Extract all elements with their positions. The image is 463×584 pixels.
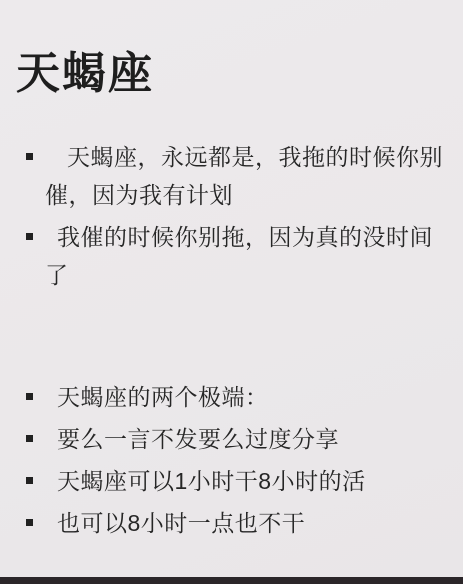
- page: 天蝎座 天蝎座，永远都是，我拖的时候你别催，因为我有计划 我催的时候你别拖，因为…: [0, 0, 463, 584]
- list-item-text: 我催的时候你别拖，因为真的没时间了: [45, 224, 433, 288]
- list-item: 也可以8小时一点也不干: [45, 504, 453, 542]
- bullet-square-icon: [26, 233, 33, 240]
- list-item: 要么一言不发要么过度分享: [45, 420, 453, 458]
- bullet-square-icon: [26, 519, 33, 526]
- list-item: 天蝎座可以1小时干8小时的活: [45, 462, 453, 500]
- list-item: 天蝎座，永远都是，我拖的时候你别催，因为我有计划: [45, 138, 453, 214]
- bottom-bar: [0, 577, 463, 584]
- list-item-text: 天蝎座的两个极端：: [57, 384, 269, 410]
- bullet-square-icon: [26, 435, 33, 442]
- bullet-square-icon: [26, 153, 33, 160]
- list-item: 我催的时候你别拖，因为真的没时间了: [45, 218, 453, 294]
- list-item-text: 要么一言不发要么过度分享: [57, 426, 339, 452]
- bullet-list: 天蝎座，永远都是，我拖的时候你别催，因为我有计划 我催的时候你别拖，因为真的没时…: [0, 138, 463, 542]
- bullet-square-icon: [26, 393, 33, 400]
- list-item-text: 天蝎座可以1小时干8小时的活: [57, 468, 366, 494]
- bullet-square-icon: [26, 477, 33, 484]
- list-item-text: 也可以8小时一点也不干: [57, 510, 305, 536]
- list-item-text: 天蝎座，永远都是，我拖的时候你别催，因为我有计划: [45, 144, 443, 208]
- list-item: 天蝎座的两个极端：: [45, 378, 453, 416]
- page-title: 天蝎座: [0, 0, 463, 98]
